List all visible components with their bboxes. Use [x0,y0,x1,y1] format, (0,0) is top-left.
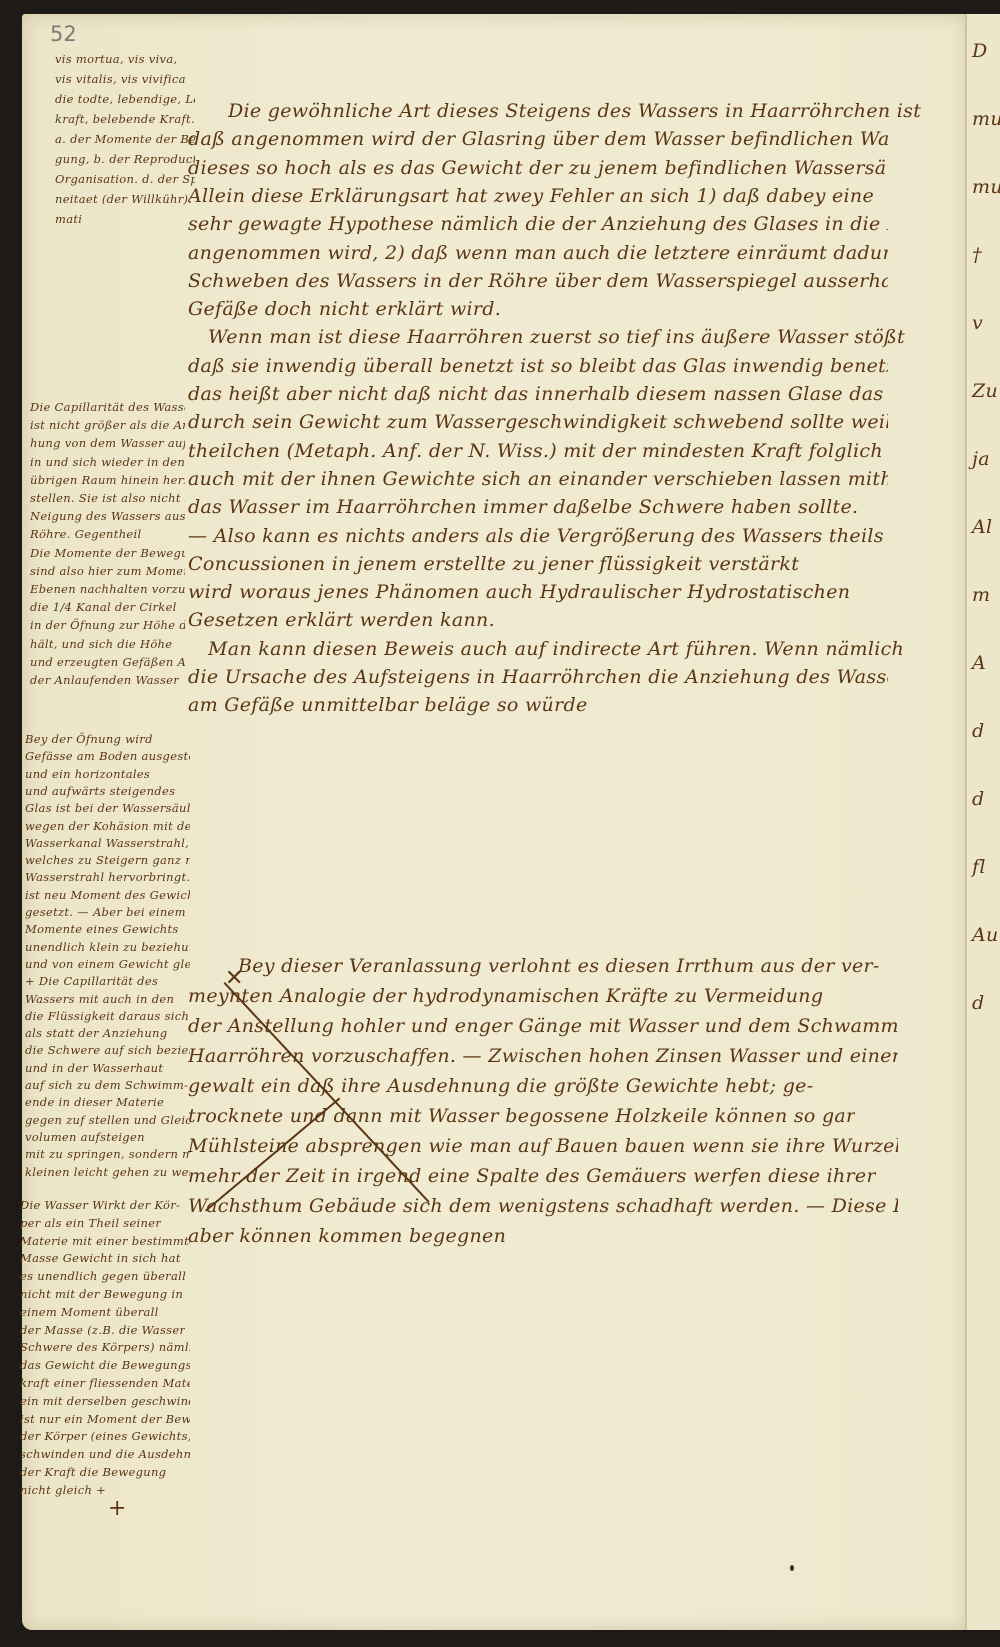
handwritten-line: daß sie inwendig überall benetzt ist so … [188,355,888,377]
handwritten-line: Organisation. d. der Sponta- [55,172,195,186]
handwritten-fragment: Zu [972,380,998,402]
handwritten-line: Wasserstrahl hervorbringt. Ebenso [25,870,190,884]
handwritten-fragment: ja [972,448,990,470]
handwritten-line: Röhre. Gegentheil [30,527,141,541]
handwritten-fragment: A [972,652,986,674]
handwritten-line: ein mit derselben geschwindigkeit [20,1394,190,1408]
handwritten-line: das Gewicht die Bewegungs- [20,1358,190,1372]
handwritten-line: welches zu Steigern ganz neu [25,853,190,867]
handwritten-line: übrigen Raum hinein herzu- [30,473,185,487]
handwritten-line: gung, b. der Reproduct. c. der [55,152,195,166]
handwritten-line: vis mortua, vis viva, [55,52,177,66]
handwritten-line: Materie mit einer bestimmten [20,1234,190,1248]
handwritten-line: auf sich zu dem Schwimm- [25,1078,188,1092]
handwritten-line: einem Moment überall [20,1305,159,1319]
handwritten-line: hält, und sich die Höhe [30,637,172,651]
handwritten-line: die Flüssigkeit daraus sich [25,1009,189,1023]
handwritten-line: daß angenommen wird der Glasring über de… [188,128,888,150]
handwritten-line: mati [55,212,82,226]
handwritten-line: als statt der Anziehung [25,1026,167,1040]
handwritten-line: Man kann diesen Beweis auch auf indirect… [208,638,904,660]
handwritten-line: volumen aufsteigen [25,1130,145,1144]
handwritten-line: Wassers mit auch in den [25,992,174,1006]
handwritten-line: wird woraus jenes Phänomen auch Hydrauli… [188,581,850,603]
handwritten-line: und aufwärts steigendes [25,784,175,798]
handwritten-line: sehr gewagte Hypothese nämlich die der A… [188,213,888,235]
handwritten-line: Die Momente der Bewegung [30,546,185,560]
handwritten-fragment: mu [972,108,1000,130]
handwritten-line: durch sein Gewicht zum Wassergeschwindig… [188,411,888,433]
handwritten-line: der Anstellung hohler und enger Gänge mi… [188,1015,898,1037]
handwritten-line: dieses so hoch als es das Gewicht der zu… [188,157,888,179]
handwritten-line: Die Wasser Wirkt der Kör- [20,1198,180,1212]
handwritten-line: per als ein Theil seiner [20,1216,161,1230]
handwritten-line: Wenn man ist diese Haarröhren zuerst so … [208,326,905,348]
handwritten-line: das heißt aber nicht daß nicht das inner… [188,383,888,405]
handwritten-line: in und sich wieder in den [30,455,185,469]
handwritten-line: Glas ist bei der Wassersäule [25,801,190,815]
handwritten-line: wegen der Kohäsion mit dem [25,819,190,833]
handwritten-line: aber können kommen begegnen [188,1225,506,1247]
handwritten-line: mit zu springen, sondern mit [25,1147,190,1161]
handwritten-line: + Die Capillarität des [25,974,158,988]
handwritten-fragment: mu [972,176,1000,198]
handwritten-line: Masse Gewicht in sich hat [20,1251,181,1265]
handwritten-fragment: d [972,992,984,1014]
handwritten-line: Momente eines Gewichts [25,922,179,936]
page-number: 52 [50,22,77,46]
handwritten-line: die 1/4 Kanal der Cirkel [30,600,177,614]
handwritten-line: gesetzt. — Aber bei einem [25,905,186,919]
handwritten-line: das Wasser im Haarröhrchen immer daßelbe… [188,496,858,518]
handwritten-fragment: † [972,244,982,266]
handwritten-line: Concussionen in jenem erstellte zu jener… [188,553,799,575]
handwritten-line: und ein horizontales [25,767,150,781]
handwritten-line: Wasserkanal Wasserstrahl, [25,836,189,850]
handwritten-line: der Körper (eines Gewichts) [20,1429,190,1443]
handwritten-line: kleinen leicht gehen zu weit. [25,1165,190,1179]
handwritten-line: Die Capillarität des Wassers [30,400,185,414]
handwritten-line: schwinden und die Ausdehnung [20,1447,190,1461]
insertion-mark: + [108,1496,126,1521]
handwritten-line: ende in dieser Materie [25,1095,164,1109]
handwritten-line: es unendlich gegen überall [20,1269,186,1283]
handwritten-line: Ebenen nachhalten vorzugehen [30,582,185,596]
handwritten-line: auch mit der ihnen Gewichte sich an eina… [188,468,888,490]
handwritten-line: kraft einer fliessenden Materie [20,1376,190,1390]
page-fold [965,14,967,1630]
handwritten-line: gegen zuf stellen und Gleiche [25,1113,190,1127]
insertion-mark: ✕ [225,966,243,991]
handwritten-line: Schweben des Wassers in der Röhre über d… [188,270,888,292]
handwritten-fragment: Au [972,924,999,946]
handwritten-line: und von einem Gewicht gleich [25,957,190,971]
handwritten-line: der Anlaufenden Wasser [30,673,179,687]
ink-spot [790,1565,794,1571]
handwritten-line: und erzeugten Gefäßen Ausdehnung [30,655,185,669]
handwritten-line: mehr der Zeit in irgend eine Spalte des … [188,1165,876,1187]
handwritten-line: meynten Analogie der hydrodynamischen Kr… [188,985,823,1007]
handwritten-line: Mühlsteine absprengen wie man auf Bauen … [188,1135,898,1157]
handwritten-line: gewalt ein daß ihre Ausdehnung die größt… [188,1075,813,1097]
handwritten-line: Schwere des Körpers) nämlich [20,1340,190,1354]
handwritten-fragment: m [972,584,990,606]
handwritten-line: Gefässe am Boden ausgestellt [25,749,190,763]
handwritten-line: die Ursache des Aufsteigens in Haarröhrc… [188,666,888,688]
handwritten-line: theilchen (Metaph. Anf. der N. Wiss.) mi… [188,440,883,462]
handwritten-line: — Also kann es nichts anders als die Ver… [188,525,888,547]
handwritten-line: ist nicht größer als die Anzie- [30,418,185,432]
handwritten-line: kraft, belebende Kraft. [55,112,195,126]
handwritten-fragment: fl [972,856,986,878]
handwritten-fragment: D [972,40,988,62]
handwritten-line: unendlich klein zu beziehung [25,940,190,954]
handwritten-line: Gefäße doch nicht erklärt wird. [188,298,501,320]
handwritten-line: Die gewöhnliche Art dieses Steigens des … [228,100,921,122]
handwritten-line: nicht gleich + [20,1483,106,1497]
handwritten-line: a. der Momente der Bewe- [55,132,195,146]
handwritten-line: ist neu Moment des Gewichts [25,888,190,902]
handwritten-line: die todte, lebendige, Lebens- [55,92,195,106]
handwritten-line: neitaet (der Willkühr). Ani- [55,192,195,206]
handwritten-line: am Gefäße unmittelbar beläge so würde [188,694,588,716]
handwritten-line: Neigung des Wassers aus der [30,509,185,523]
handwritten-line: in der Öfnung zur Höhe des Wassers [30,618,185,632]
handwritten-line: die Schwere auf sich beziehen [25,1043,190,1057]
handwritten-line: stellen. Sie ist also nicht zur [30,491,185,505]
handwritten-line: hung von dem Wasser aufwärts [30,436,185,450]
handwritten-fragment: d [972,720,984,742]
handwritten-line: vis vitalis, vis vivifica [55,72,186,86]
handwritten-line: nicht mit der Bewegung in [20,1287,183,1301]
handwritten-line: sind also hier zum Moment der [30,564,185,578]
handwritten-line: angenommen wird, 2) daß wenn man auch di… [188,242,888,264]
handwritten-line: Bey der Öfnung wird [25,732,153,746]
handwritten-line: trocknete und dann mit Wasser begossene … [188,1105,855,1127]
adjacent-page-edge [965,14,1000,1630]
handwritten-fragment: v [972,312,983,334]
handwritten-line: und in der Wasserhaut [25,1061,163,1075]
handwritten-line: Allein diese Erklärungsart hat zwey Fehl… [188,185,874,207]
handwritten-fragment: Al [972,516,992,538]
handwritten-fragment: d [972,788,984,810]
handwritten-line: der Kraft die Bewegung [20,1465,166,1479]
handwritten-line: ist nur ein Moment der Bewegung [20,1412,190,1426]
handwritten-line: der Masse (z.B. die Wasser [20,1323,185,1337]
handwritten-line: Gesetzen erklärt werden kann. [188,609,495,631]
handwritten-line: Wachsthum Gebäude sich dem wenigstens sc… [188,1195,898,1217]
handwritten-line: Bey dieser Veranlassung verlohnt es dies… [238,955,880,977]
